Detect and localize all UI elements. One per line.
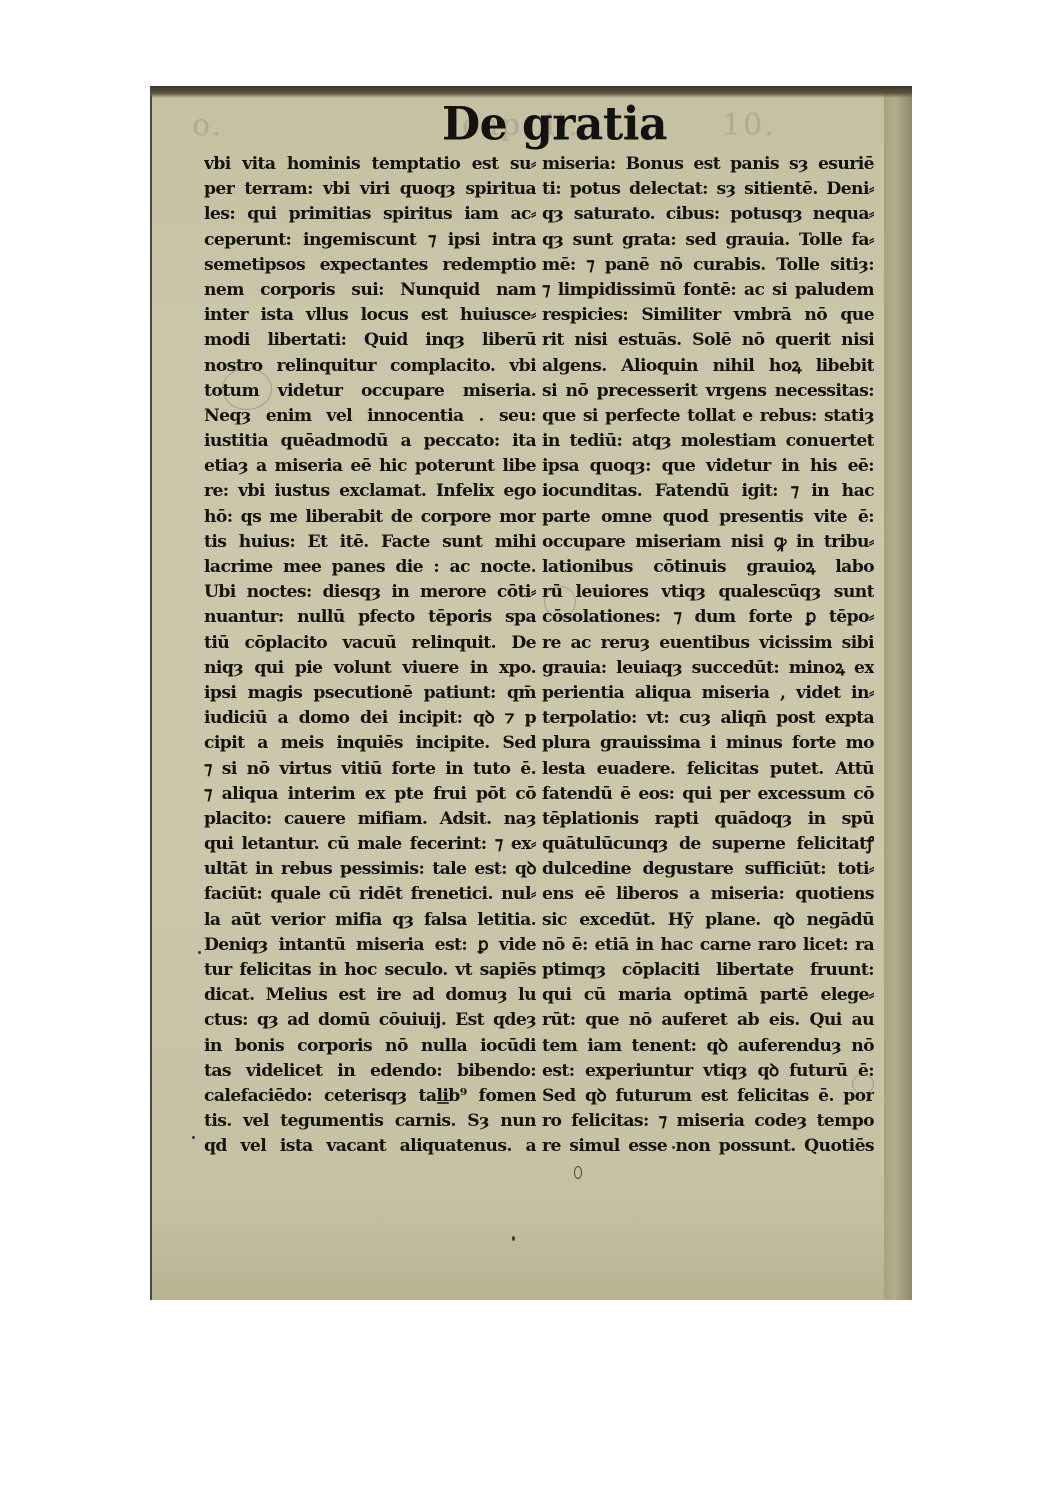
text-line: sic excedūt. Hȳ plane. qꝺ negādū	[542, 908, 874, 933]
text-line: tem iam tenent: qꝺ auferenduȝ nō	[542, 1034, 874, 1059]
text-line: tis. vel tegumentis carnis. Sȝ nun	[204, 1109, 536, 1134]
text-line: re ac reruȝ euentibus vicissim sibi	[542, 631, 874, 656]
paper-speck	[512, 1236, 515, 1241]
text-line: modi libertati: Quid inqȝ liberū	[204, 328, 536, 353]
text-line: calefaciēdo: ceterisqȝ talib⁹ fomen	[204, 1084, 536, 1109]
text-line: lacrime mee panes die : ac nocte.	[204, 555, 536, 580]
text-line: ultāt in rebus pessimis: tale est: qꝺ	[204, 857, 536, 882]
text-line: tur felicitas in hoc seculo. vt sapiēs	[204, 958, 536, 983]
text-line: ctus: qȝ ad domū cōuiuij. Est qdeȝ	[204, 1008, 536, 1033]
text-line: dulcedine degustare sufficiūt: toti⸗	[542, 857, 874, 882]
text-line: tēplationis rapti quādoqȝ in spū	[542, 807, 874, 832]
text-line: niqȝ qui pie volunt viuere in xpo.	[204, 656, 536, 681]
text-line: nō ē: etiā in hac carne raro licet: ra	[542, 933, 874, 958]
text-line: ro felicitas: ⁊ miseria codeȝ tempo	[542, 1109, 874, 1134]
text-column-right: miseria: Bonus est panis sȝ esuriēti: po…	[542, 152, 874, 1160]
text-line: nem corporis sui: Nunquid nam	[204, 278, 536, 303]
text-line: iocunditas. Fatendū igit: ⁊ in hac	[542, 479, 874, 504]
text-line: in tediū: atqȝ molestiam conuertet	[542, 429, 874, 454]
signature-mark	[574, 1166, 582, 1179]
text-line: parte omne quod presentis vite ē:	[542, 505, 874, 530]
pencil-trace	[544, 586, 576, 618]
pencil-trace	[852, 1074, 874, 1094]
text-line: cōsolationes: ⁊ dum forte ꝑ tēpo⸗	[542, 605, 874, 630]
text-line: tas videlicet in edendo: bibendo:	[204, 1059, 536, 1084]
paper-speck	[192, 1136, 195, 1139]
text-line: rū leuiores vtiqȝ qualescūqȝ sunt	[542, 580, 874, 605]
text-line: la aūt verior mifia qȝ falsa letitia.	[204, 908, 536, 933]
binding-gutter	[884, 86, 912, 1300]
book-leaf: o. cap. ii. 10. De gratia vbi vita homin…	[150, 86, 884, 1300]
text-line: si nō precesserit vrgens necessitas:	[542, 379, 874, 404]
text-line: nuantur: nullū pfecto tēporis spa	[204, 605, 536, 630]
text-line: fatendū ē eos: qui per excessum cō	[542, 782, 874, 807]
text-line: ipsa quoqȝ: que videtur in his eē:	[542, 454, 874, 479]
text-column-left: vbi vita hominis temptatio est su⸗per te…	[204, 152, 536, 1160]
text-line: placito: cauere mifiam. Adsit. naȝ	[204, 807, 536, 832]
text-line: ⁊ limpidissimū fontē: ac si paludem	[542, 278, 874, 303]
paper-speck	[672, 1146, 675, 1149]
text-line: cipit a meis inquiēs incipite. Sed	[204, 731, 536, 756]
text-line: re simul esse non possunt. Quotiēs	[542, 1134, 874, 1159]
text-line: hō: qs me liberabit de corpore mor	[204, 505, 536, 530]
text-line: plura grauissima i minus forte mo	[542, 731, 874, 756]
page-top-edge	[150, 86, 912, 98]
text-line: miseria: Bonus est panis sȝ esuriē	[542, 152, 874, 177]
text-line: mē: ⁊ panē nō curabis. Tolle sitiȝ:	[542, 253, 874, 278]
text-line: rit nisi estuās. Solē nō querit nisi	[542, 328, 874, 353]
text-line: algens. Alioquin nihil hoꝝ libebit	[542, 354, 874, 379]
text-line: tis huius: Et itē. Facte sunt mihi	[204, 530, 536, 555]
paper-speck	[198, 951, 201, 954]
text-line: iustitia quēadmodū a peccato: ita	[204, 429, 536, 454]
text-line: ti: potus delectat: sȝ sitientē. Deni⸗	[542, 177, 874, 202]
text-line: lationibus cōtinuis grauioꝝ labo	[542, 555, 874, 580]
text-line: semetipsos expectantes redemptio	[204, 253, 536, 278]
text-line: les: qui primitias spiritus iam ac⸗	[204, 202, 536, 227]
text-line: inter ista vllus locus est huiusce⸗	[204, 303, 536, 328]
text-line: perientia aliqua miseria , videt in⸗	[542, 681, 874, 706]
text-line: in bonis corporis nō nulla iocūdi	[204, 1034, 536, 1059]
text-line: per terram: vbi viri quoqȝ spiritua	[204, 177, 536, 202]
running-head: De gratia	[442, 99, 667, 152]
text-line: respicies: Similiter vmbrā nō que	[542, 303, 874, 328]
text-line: qȝ saturato. cibus: potusqȝ nequa⸗	[542, 202, 874, 227]
text-line: ipsi magis psecutionē patiunt: qm̄	[204, 681, 536, 706]
text-line: tiū cōplacito vacuū relinquit. De	[204, 631, 536, 656]
text-line: dicat. Melius est ire ad domuȝ lu	[204, 983, 536, 1008]
text-line: qȝ sunt grata: sed grauia. Tolle fa⸗	[542, 228, 874, 253]
scanned-page: o. cap. ii. 10. De gratia vbi vita homin…	[150, 86, 912, 1300]
show-through-text: 10.	[722, 108, 776, 143]
text-line: faciūt: quale cū ridēt frenetici. nul⸗	[204, 882, 536, 907]
text-line: ceperunt: ingemiscunt ⁊ ipsi intra	[204, 228, 536, 253]
text-line: occupare miseriam nisi ꝙ in tribu⸗	[542, 530, 874, 555]
text-line: terpolatio: vt: cuȝ aliqn̄ post expta	[542, 706, 874, 731]
text-line: vbi vita hominis temptatio est su⸗	[204, 152, 536, 177]
text-line: qui cū maria optimā partē elege⸗	[542, 983, 874, 1008]
text-line: Ubi noctes: diesqȝ in merore cōti⸗	[204, 580, 536, 605]
text-line: re: vbi iustus exclamat. Infelix ego	[204, 479, 536, 504]
text-line: ptimqȝ cōplaciti libertate fruunt:	[542, 958, 874, 983]
text-line: qd vel ista vacant aliquatenus. a	[204, 1134, 536, 1159]
text-line: ⁊ aliqua interim ex pte frui pōt cō	[204, 782, 536, 807]
text-line: iudiciū a domo dei incipit: qꝺ ⁊ p	[204, 706, 536, 731]
paper-speck	[437, 1102, 449, 1104]
text-line: Deniqȝ intantū miseria est: ꝑ vide	[204, 933, 536, 958]
text-line: ens eē liberos a miseria: quotiens	[542, 882, 874, 907]
text-line: grauia: leuiaqȝ succedūt: minoꝝ ex	[542, 656, 874, 681]
pencil-trace	[222, 368, 272, 410]
text-line: etiaȝ a miseria eē hic poterunt libe	[204, 454, 536, 479]
show-through-text: o.	[192, 108, 223, 143]
text-line: qui letantur. cū male fecerint: ⁊ ex⸗	[204, 832, 536, 857]
text-line: lesta euadere. felicitas putet. Attū	[542, 757, 874, 782]
text-line: est: experiuntur vtiqȝ qꝺ futurū ē:	[542, 1059, 874, 1084]
text-line: quātulūcunqȝ de superne felicitatꝭ	[542, 832, 874, 857]
text-line: rūt: que nō auferet ab eis. Qui au	[542, 1008, 874, 1033]
text-line: que si perfecte tollat e rebus: statiȝ	[542, 404, 874, 429]
text-line: ⁊ si nō virtus vitiū forte in tuto ē.	[204, 757, 536, 782]
text-line: Sed qꝺ futurum est felicitas ē. por	[542, 1084, 874, 1109]
